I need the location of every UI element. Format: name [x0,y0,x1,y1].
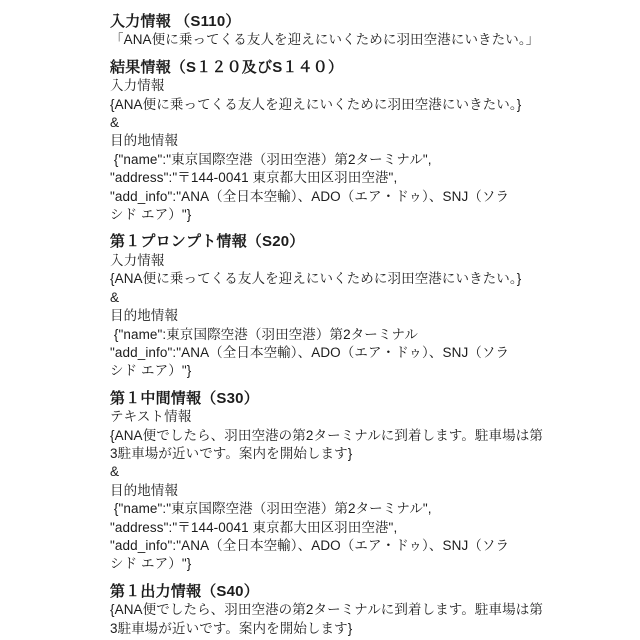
section-lines: テキスト情報{ANA便でしたら、羽田空港の第2ターミナルに到着します。駐車場は第… [110,408,632,574]
text-line: {"name":東京国際空港（羽田空港）第2ターミナル [110,326,632,344]
text-line: {ANA便でしたら、羽田空港の第2ターミナルに到着します。駐車場は第 [110,601,632,619]
text-line: シド エア）"} [110,362,632,380]
section-lines: 「ANA便に乗ってくる友人を迎えにいくために羽田空港にいきたい。」 [110,31,632,49]
text-line: {ANA便でしたら、羽田空港の第2ターミナルに到着します。駐車場は第 [110,427,632,445]
text-line: {ANA便に乗ってくる友人を迎えにいくために羽田空港にいきたい。} [110,270,632,288]
text-line: 入力情報 [110,77,632,95]
section-heading: 第１出力情報（S40） [110,583,632,601]
section-lines: 入力情報{ANA便に乗ってくる友人を迎えにいくために羽田空港にいきたい。}&目的… [110,252,632,381]
text-line: 目的地情報 [110,307,632,325]
text-line: & [110,114,632,132]
section-heading: 結果情報（S１２０及びS１４０） [110,59,632,77]
document-section: 第１プロンプト情報（S20） 入力情報{ANA便に乗ってくる友人を迎えにいくため… [110,233,632,380]
text-line: テキスト情報 [110,408,632,426]
text-line: {"name":"東京国際空港（羽田空港）第2ターミナル", [110,500,632,518]
section-lines: {ANA便でしたら、羽田空港の第2ターミナルに到着します。駐車場は第3駐車場が近… [110,601,632,638]
text-line: シド エア）"} [110,555,632,573]
section-lines: 入力情報{ANA便に乗ってくる友人を迎えにいくために羽田空港にいきたい。}&目的… [110,77,632,224]
text-line: "address":"〒144-0041 東京都大田区羽田空港", [110,169,632,187]
document-section: 第１中間情報（S30） テキスト情報{ANA便でしたら、羽田空港の第2ターミナル… [110,390,632,574]
text-line: {"name":"東京国際空港（羽田空港）第2ターミナル", [110,151,632,169]
section-heading: 第１プロンプト情報（S20） [110,233,632,251]
text-line: & [110,289,632,307]
document-section: 第１出力情報（S40） {ANA便でしたら、羽田空港の第2ターミナルに到着します… [110,583,632,638]
document-section: 結果情報（S１２０及びS１４０） 入力情報{ANA便に乗ってくる友人を迎えにいく… [110,59,632,225]
section-heading: 第１中間情報（S30） [110,390,632,408]
text-line: "address":"〒144-0041 東京都大田区羽田空港", [110,519,632,537]
text-line: & [110,463,632,481]
document-section: 入力情報 （S110） 「ANA便に乗ってくる友人を迎えにいくために羽田空港にい… [110,13,632,50]
text-line: "add_info":"ANA（全日本空輸）、ADO（エア・ドゥ）、SNJ（ソラ [110,188,632,206]
text-line: 目的地情報 [110,132,632,150]
section-heading: 入力情報 （S110） [110,13,632,31]
text-line: シド エア）"} [110,206,632,224]
text-line: 3駐車場が近いです。案内を開始します} [110,620,632,638]
text-line: 目的地情報 [110,482,632,500]
text-line: "add_info":"ANA（全日本空輸）、ADO（エア・ドゥ）、SNJ（ソラ [110,344,632,362]
text-line: "add_info":"ANA（全日本空輸）、ADO（エア・ドゥ）、SNJ（ソラ [110,537,632,555]
text-line: 入力情報 [110,252,632,270]
text-line: 「ANA便に乗ってくる友人を迎えにいくために羽田空港にいきたい。」 [110,31,632,49]
document-body: 入力情報 （S110） 「ANA便に乗ってくる友人を迎えにいくために羽田空港にい… [0,0,640,640]
text-line: {ANA便に乗ってくる友人を迎えにいくために羽田空港にいきたい。} [110,96,632,114]
text-line: 3駐車場が近いです。案内を開始します} [110,445,632,463]
